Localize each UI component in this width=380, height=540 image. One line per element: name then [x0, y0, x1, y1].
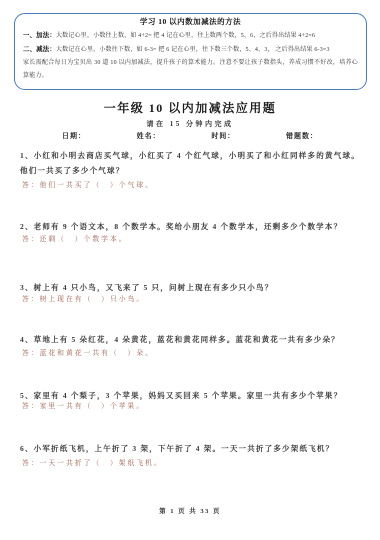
name-field-label: 姓名：	[137, 131, 161, 141]
problem-5-question: 5、家里有 4 个梨子，3 个苹果，妈妈又买回来 5 个苹果。家里一共有多少个苹…	[20, 388, 360, 403]
problem-3-question: 3、树上有 4 只小鸟，又飞来了 5 只，问树上现在有多少只小鸟？	[20, 280, 360, 295]
problem-5: 5、家里有 4 个梨子，3 个苹果，妈妈又买回来 5 个苹果。家里一共有多少个苹…	[20, 388, 360, 418]
method-note-line: 家长需配合每日为宝贝出 30 道 10 以内加减法，提升孩子的算术能力。注意不要…	[23, 57, 358, 83]
time-field-label: 时间：	[211, 131, 235, 141]
problem-1-answer: 答：他们一共买了（ ）个气球。	[22, 181, 360, 191]
page-subtitle: 请在 15 分钟内完成	[0, 119, 380, 129]
method-subtraction-label: 二、减法：	[23, 46, 56, 53]
problem-6-answer: 答：一天一共折了（ ）架纸飞机。	[22, 459, 360, 469]
method-subtraction-line: 二、减法：大数记在心里，小数往下数，如 6-3= 把 6 记在心里，往下数三个数…	[23, 43, 358, 57]
problem-5-answer: 答：家里一共有（ ）个苹果。	[22, 402, 360, 412]
problem-3-answer: 答：树上现在有（ ）只小鸟。	[22, 295, 360, 305]
method-addition-text: 大数记心里，小数往上数，如 4+2= 把 4 记在心里，往上数两个数，5、6，之…	[56, 33, 315, 39]
problem-2-answer: 答：还剩（ ）个数学本。	[22, 235, 360, 245]
problem-4-question: 4、草地上有 5 朵红花，4 朵黄花，蓝花和黄花同样多。蓝花和黄花一共有多少朵？	[20, 332, 360, 347]
problem-6-question: 6、小军折纸飞机，上午折了 3 架，下午折了 4 架。一天一共折了多少架纸飞机？	[20, 441, 360, 456]
method-addition-line: 一、加法：大数记心里，小数往上数，如 4+2= 把 4 记在心里，往上数两个数，…	[23, 29, 358, 43]
problem-3: 3、树上有 4 只小鸟，又飞来了 5 只，问树上现在有多少只小鸟？ 答：树上现在…	[20, 280, 360, 310]
method-box: 学习 10 以内数加减法的方法 一、加法：大数记心里，小数往上数，如 4+2= …	[14, 13, 367, 90]
problem-1-question: 1、小红和小明去商店买气球，小红买了 4 个红气球，小明买了和小红同样多的黄气球…	[20, 148, 360, 178]
info-form-row: 日期： 姓名： 时间： 错题数：	[62, 131, 318, 141]
problem-1: 1、小红和小明去商店买气球，小红买了 4 个红气球，小明买了和小红同样多的黄气球…	[20, 148, 360, 194]
problem-6: 6、小军折纸飞机，上午折了 3 架，下午折了 4 架。一天一共折了多少架纸飞机？…	[20, 441, 360, 473]
problem-4-answer: 答：蓝花和黄花一共有（ ）朵。	[22, 349, 360, 359]
method-subtraction-text: 大数记在心里，小数往下数，如 6-3= 把 6 记在心里，往下数三个数，5、4、…	[56, 47, 330, 53]
page-number-footer: 第 1 页 共 33 页	[0, 506, 380, 515]
worksheet-page: 学习 10 以内数加减法的方法 一、加法：大数记心里，小数往上数，如 4+2= …	[0, 0, 380, 540]
mistakes-field-label: 错题数：	[286, 131, 318, 141]
problem-4: 4、草地上有 5 朵红花，4 朵黄花，蓝花和黄花同样多。蓝花和黄花一共有多少朵？…	[20, 332, 360, 362]
method-box-title: 学习 10 以内数加减法的方法	[23, 17, 358, 27]
date-field-label: 日期：	[62, 131, 86, 141]
problem-2: 2、老师有 9 个语文本，8 个数学本。奖给小朋友 4 个数学本，还剩多少个数学…	[20, 219, 360, 249]
page-title: 一年级 10 以内加减法应用题	[0, 99, 380, 116]
method-addition-label: 一、加法：	[23, 32, 56, 39]
problem-2-question: 2、老师有 9 个语文本，8 个数学本。奖给小朋友 4 个数学本，还剩多少个数学…	[20, 219, 360, 234]
